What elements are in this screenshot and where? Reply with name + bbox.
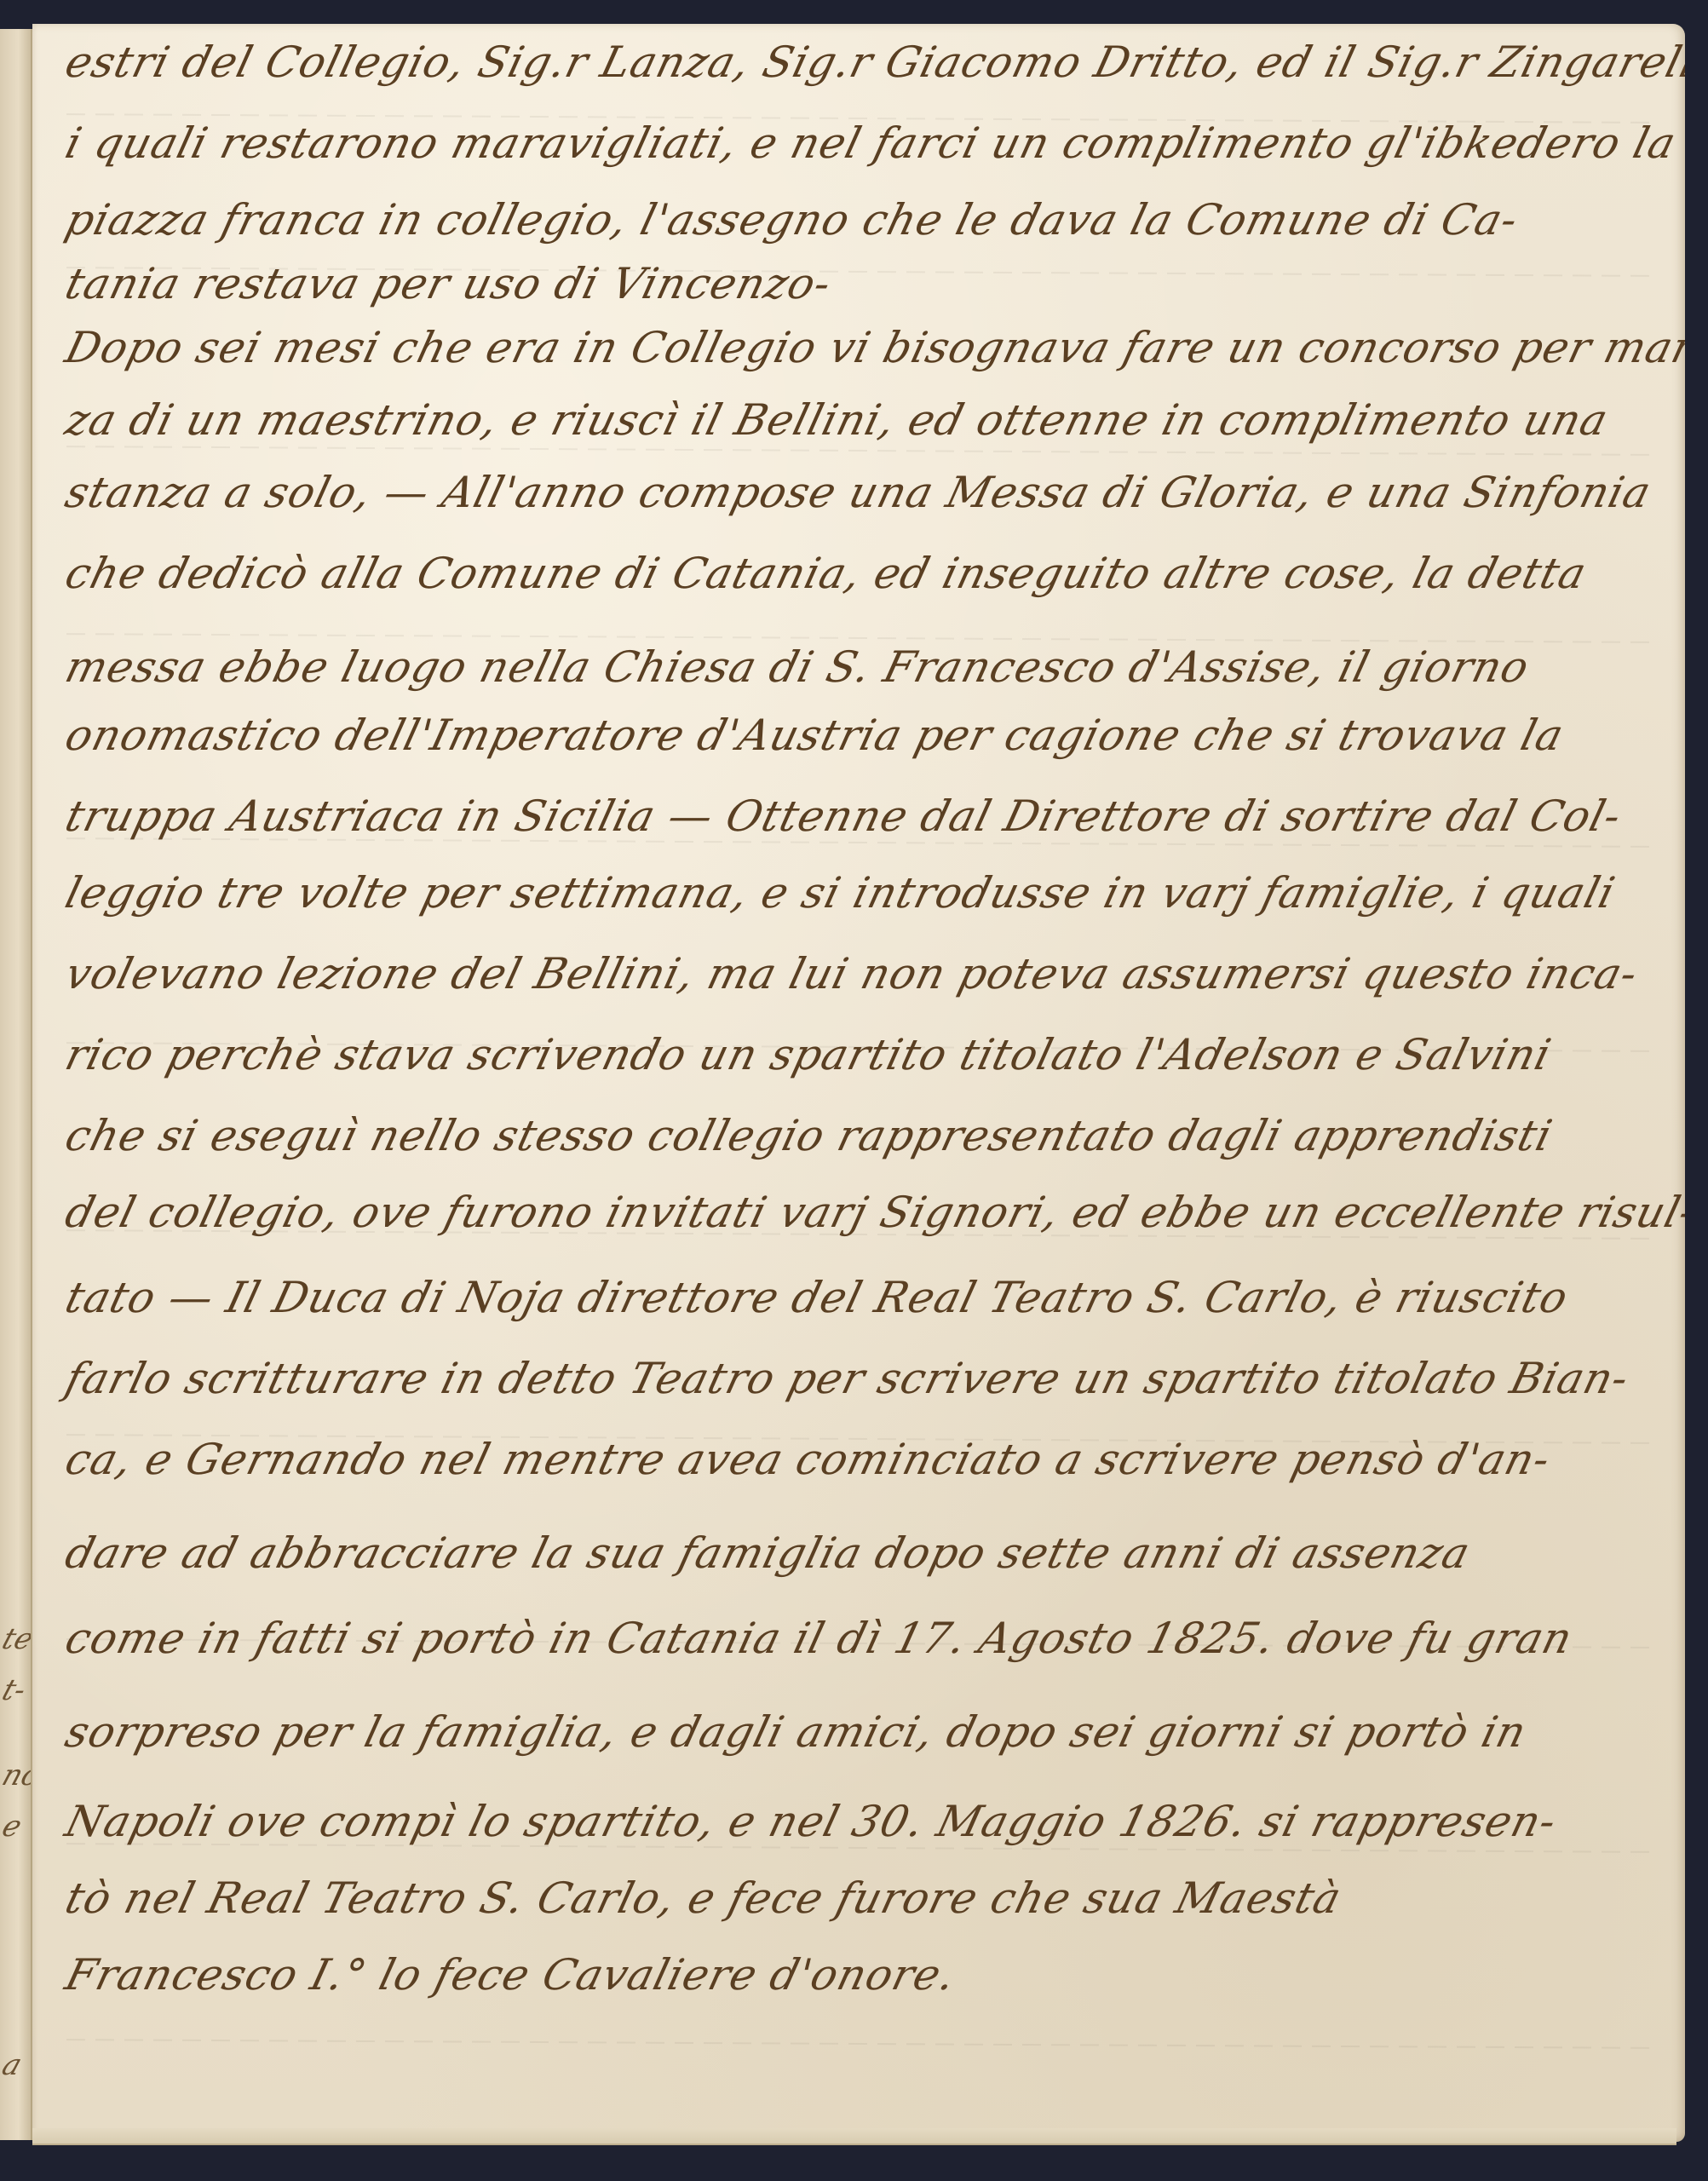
manuscript-line: del collegio, ove furono invitati varj S… bbox=[61, 1191, 1675, 1234]
manuscript-line: piazza franca in collegio, l'assegno che… bbox=[61, 199, 1675, 241]
manuscript-line: truppa Austriaca in Sicilia — Ottenne da… bbox=[61, 795, 1675, 837]
manuscript-line: tato — Il Duca di Noja direttore del Rea… bbox=[61, 1276, 1675, 1319]
manuscript-line: onomastico dell'Imperatore d'Austria per… bbox=[61, 714, 1675, 757]
page-stack-edge bbox=[32, 2128, 1676, 2145]
manuscript-line: Francesco I.° lo fece Cavaliere d'onore. bbox=[61, 1954, 1675, 1996]
manuscript-line: dare ad abbracciare la sua famiglia dopo… bbox=[61, 1532, 1675, 1574]
manuscript-line: Dopo sei mesi che era in Collegio vi bis… bbox=[61, 326, 1675, 369]
manuscript-line: rico perchè stava scrivendo un spartito … bbox=[61, 1033, 1675, 1076]
manuscript-line: tò nel Real Teatro S. Carlo, e fece furo… bbox=[61, 1877, 1675, 1919]
facing-page-fragment: a bbox=[0, 2048, 26, 2082]
bleed-through-line bbox=[66, 2039, 1651, 2049]
manuscript-line: Napoli ove compì lo spartito, e nel 30. … bbox=[61, 1800, 1675, 1843]
manuscript-line: tania restava per uso di Vincenzo- bbox=[61, 262, 1675, 305]
manuscript-line: messa ebbe luogo nella Chiesa di S. Fran… bbox=[61, 646, 1675, 688]
manuscript-line: che si eseguì nello stesso collegio rapp… bbox=[61, 1114, 1675, 1157]
manuscript-line: sorpreso per la famiglia, e dagli amici,… bbox=[61, 1711, 1675, 1753]
facing-page-fragment: te bbox=[0, 1622, 32, 1656]
manuscript-line: leggio tre volte per settimana, e si int… bbox=[61, 872, 1675, 914]
manuscript-line: i quali restarono maravigliati, e nel fa… bbox=[61, 122, 1675, 164]
facing-page-fragment: t- bbox=[0, 1673, 31, 1707]
bleed-through-line bbox=[66, 446, 1651, 456]
manuscript-line: stanza a solo, — All'anno compose una Me… bbox=[61, 471, 1675, 514]
manuscript-line: farlo scritturare in detto Teatro per sc… bbox=[61, 1357, 1675, 1400]
facing-page-edge: te t- no e a bbox=[0, 29, 32, 2140]
manuscript-line: estri del Collegio, Sig.r Lanza, Sig.r G… bbox=[61, 41, 1675, 83]
manuscript-line: ca, e Gernando nel mentre avea cominciat… bbox=[61, 1438, 1675, 1481]
manuscript-line: come in fatti si portò in Catania il dì … bbox=[61, 1617, 1675, 1660]
manuscript-page: estri del Collegio, Sig.r Lanza, Sig.r G… bbox=[32, 24, 1685, 2142]
facing-page-fragment: e bbox=[0, 1810, 26, 1844]
manuscript-line: volevano lezione del Bellini, ma lui non… bbox=[61, 952, 1675, 995]
facing-page-fragment: no bbox=[0, 1758, 32, 1793]
manuscript-line: za di un maestrino, e riuscì il Bellini,… bbox=[61, 399, 1675, 441]
manuscript-line: che dedicò alla Comune di Catania, ed in… bbox=[61, 552, 1675, 595]
